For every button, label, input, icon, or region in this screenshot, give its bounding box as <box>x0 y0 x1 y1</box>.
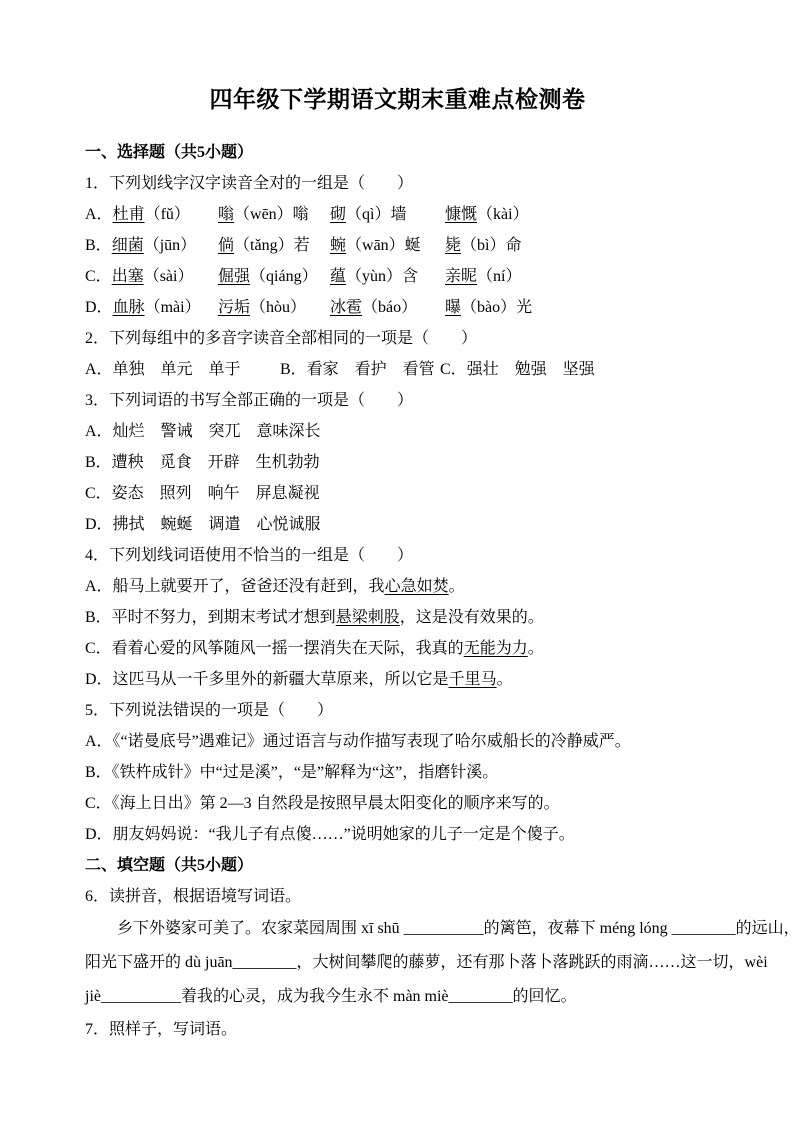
q4-option-a: A．船马上就要开了，爸爸还没有赶到，我心急如焚。 <box>85 571 710 602</box>
q2-option-a: A．单独 单元 单于 <box>85 354 280 385</box>
q4-option-d: D．这匹马从一千多里外的新疆大草原来，所以它是千里马。 <box>85 664 710 695</box>
q1-option-c: C．出塞（sài） 倔强（qiáng） 蕴（yùn）含 亲昵（ní） <box>85 261 710 292</box>
page-title: 四年级下学期语文期末重难点检测卷 <box>85 84 710 116</box>
q6-paragraph-line-2: 阳光下盛开的 dù juān________，大树间攀爬的藤萝，还有那卜落卜落跳… <box>85 946 710 980</box>
question-2-stem: 2．下列每组中的多音字读音全部相同的一项是（ ） <box>85 323 710 354</box>
question-4-stem: 4．下列划线词语使用不恰当的一组是（ ） <box>85 540 710 571</box>
q1-option-b-col2: 倘（tǎng）若 <box>218 230 330 261</box>
q3-option-a: A．灿烂 警诫 突兀 意味深长 <box>85 416 710 447</box>
q2-option-b: B．看家 看护 看管 <box>280 354 440 385</box>
q2-option-c: C．强壮 勉强 坚强 <box>440 354 710 385</box>
q1-option-d-col4: 曝（bào）光 <box>445 292 710 323</box>
q1-option-c-col1: C．出塞（sài） <box>85 261 218 292</box>
q6-paragraph-line-3: jiè__________着我的心灵，成为我今生永不 màn miè______… <box>85 980 710 1014</box>
q1-option-b-col1: B．细菌（jūn） <box>85 230 218 261</box>
question-1-stem: 1．下列划线字汉字读音全对的一组是（ ） <box>85 168 710 199</box>
q2-options-row: A．单独 单元 单于 B．看家 看护 看管 C．强壮 勉强 坚强 <box>85 354 710 385</box>
q1-option-d-col2: 污垢（hòu） <box>218 292 330 323</box>
q3-option-b: B．遭秧 觅食 开辟 生机勃勃 <box>85 447 710 478</box>
q1-option-c-col3: 蕴（yùn）含 <box>330 261 445 292</box>
q1-option-b: B．细菌（jūn） 倘（tǎng）若 蜿（wān）蜒 毙（bì）命 <box>85 230 710 261</box>
q1-option-b-col4: 毙（bì）命 <box>445 230 710 261</box>
q3-option-d: D．拂拭 蜿蜒 调遣 心悦诚服 <box>85 509 710 540</box>
question-3-stem: 3．下列词语的书写全部正确的一项是（ ） <box>85 385 710 416</box>
q1-option-a-col3: 砌（qì）墙 <box>330 199 445 230</box>
question-5-stem: 5．下列说法错误的一项是（ ） <box>85 695 710 726</box>
q4-option-b: B．平时不努力，到期末考试才想到悬梁刺股，这是没有效果的。 <box>85 602 710 633</box>
q4-option-c: C．看着心爱的风筝随风一摇一摆消失在天际，我真的无能为力。 <box>85 633 710 664</box>
q1-option-c-col2: 倔强（qiáng） <box>218 261 330 292</box>
q1-option-a-col1: A．杜甫（fǔ） <box>85 199 218 230</box>
section-heading-fill-blank: 二、填空题（共5小题） <box>85 850 710 881</box>
q1-option-d-col3: 冰雹（báo） <box>330 292 445 323</box>
exam-page: 四年级下学期语文期末重难点检测卷 一、选择题（共5小题） 1．下列划线字汉字读音… <box>0 0 794 1045</box>
q1-option-d-col1: D．血脉（mài） <box>85 292 218 323</box>
q1-option-a: A．杜甫（fǔ） 嗡（wēn）嗡 砌（qì）墙 慷慨（kài） <box>85 199 710 230</box>
q1-option-a-col2: 嗡（wēn）嗡 <box>218 199 330 230</box>
q1-option-d: D．血脉（mài） 污垢（hòu） 冰雹（báo） 曝（bào）光 <box>85 292 710 323</box>
q5-option-b: B．《铁杵成针》中“过是溪”，“是”解释为“这”，指磨针溪。 <box>85 757 710 788</box>
q5-option-d: D．朋友妈妈说：“我儿子有点傻……”说明她家的儿子一定是个傻子。 <box>85 819 710 850</box>
q1-option-c-col4: 亲昵（ní） <box>445 261 710 292</box>
question-6-stem: 6．读拼音，根据语境写词语。 <box>85 881 710 912</box>
q1-option-b-col3: 蜿（wān）蜒 <box>330 230 445 261</box>
q5-option-a: A．《“诺曼底号”遇难记》通过语言与动作描写表现了哈尔威船长的冷静威严。 <box>85 726 710 757</box>
q1-option-a-col4: 慷慨（kài） <box>445 199 710 230</box>
q6-paragraph-line-1: 乡下外婆家可美了。农家菜园周围 xī shū __________的篱笆，夜幕下… <box>85 912 710 946</box>
section-heading-choice: 一、选择题（共5小题） <box>85 137 710 168</box>
question-7-stem: 7．照样子，写词语。 <box>85 1014 710 1045</box>
q5-option-c: C．《海上日出》第 2—3 自然段是按照早晨太阳变化的顺序来写的。 <box>85 788 710 819</box>
q3-option-c: C．姿态 照列 响午 屏息凝视 <box>85 478 710 509</box>
